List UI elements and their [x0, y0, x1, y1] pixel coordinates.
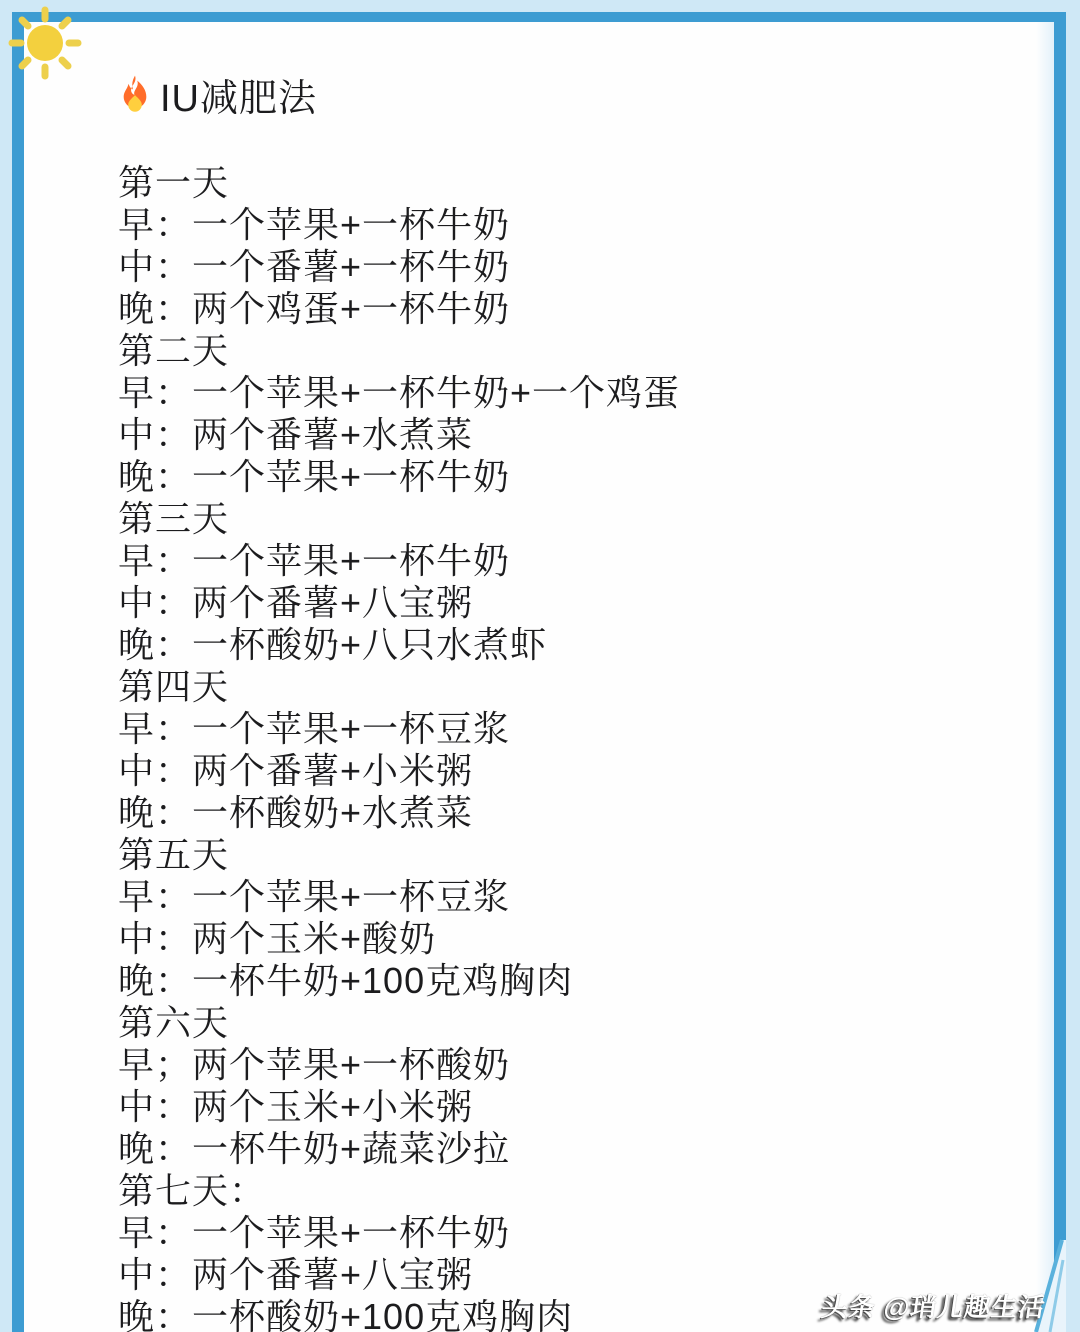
day-block-3: 第三天 早：一个苹果+一杯牛奶 中：两个番薯+八宝粥 晚：一杯酸奶+八只水煮虾 — [118, 498, 1018, 666]
meal-line: 中：一个番薯+一杯牛奶 — [118, 246, 1018, 288]
day-block-4: 第四天 早：一个苹果+一杯豆浆 中：两个番薯+小米粥 晚：一杯酸奶+水煮菜 — [118, 666, 1018, 834]
page-title-row: IU减肥法 — [118, 68, 1018, 120]
meal-plan: 第一天 早：一个苹果+一杯牛奶 中：一个番薯+一杯牛奶 晚：两个鸡蛋+一杯牛奶 … — [118, 162, 1018, 1332]
day-block-1: 第一天 早：一个苹果+一杯牛奶 中：一个番薯+一杯牛奶 晚：两个鸡蛋+一杯牛奶 — [118, 162, 1018, 330]
day-title: 第六天 — [118, 1002, 1018, 1044]
day-title: 第四天 — [118, 666, 1018, 708]
meal-line: 中：两个番薯+水煮菜 — [118, 414, 1018, 456]
page-title: IU减肥法 — [160, 67, 317, 122]
day-title: 第一天 — [118, 162, 1018, 204]
meal-line: 晚：一杯酸奶+水煮菜 — [118, 792, 1018, 834]
day-title: 第七天： — [118, 1170, 1018, 1212]
meal-line: 早；两个苹果+一杯酸奶 — [118, 1044, 1018, 1086]
meal-line: 晚：一杯牛奶+100克鸡胸肉 — [118, 960, 1018, 1002]
meal-line: 中：两个番薯+八宝粥 — [118, 582, 1018, 624]
meal-line: 中：两个玉米+酸奶 — [118, 918, 1018, 960]
day-block-2: 第二天 早：一个苹果+一杯牛奶+一个鸡蛋 中：两个番薯+水煮菜 晚：一个苹果+一… — [118, 330, 1018, 498]
meal-line: 早：一个苹果+一杯牛奶+一个鸡蛋 — [118, 372, 1018, 414]
meal-line: 早：一个苹果+一杯牛奶 — [118, 540, 1018, 582]
day-block-5: 第五天 早：一个苹果+一杯豆浆 中：两个玉米+酸奶 晚：一杯牛奶+100克鸡胸肉 — [118, 834, 1018, 1002]
meal-line: 晚：一杯酸奶+八只水煮虾 — [118, 624, 1018, 666]
meal-line: 早：一个苹果+一杯豆浆 — [118, 708, 1018, 750]
meal-line: 中：两个番薯+小米粥 — [118, 750, 1018, 792]
meal-line: 早：一个苹果+一杯牛奶 — [118, 1212, 1018, 1254]
frame-border-top — [12, 12, 1066, 22]
meal-line: 中：两个玉米+小米粥 — [118, 1086, 1018, 1128]
day-block-6: 第六天 早；两个苹果+一杯酸奶 中：两个玉米+小米粥 晚：一杯牛奶+蔬菜沙拉 — [118, 1002, 1018, 1170]
diet-plan-document: IU减肥法 第一天 早：一个苹果+一杯牛奶 中：一个番薯+一杯牛奶 晚：两个鸡蛋… — [118, 68, 1018, 1332]
meal-line: 早：一个苹果+一杯豆浆 — [118, 876, 1018, 918]
meal-line: 晚：两个鸡蛋+一杯牛奶 — [118, 288, 1018, 330]
meal-line: 晚：一个苹果+一杯牛奶 — [118, 456, 1018, 498]
meal-line: 晚：一杯牛奶+蔬菜沙拉 — [118, 1128, 1018, 1170]
day-title: 第五天 — [118, 834, 1018, 876]
frame-border-left — [12, 12, 24, 1332]
sun-icon — [2, 0, 88, 86]
day-title: 第三天 — [118, 498, 1018, 540]
meal-line: 早：一个苹果+一杯牛奶 — [118, 204, 1018, 246]
day-title: 第二天 — [118, 330, 1018, 372]
frame-border-right — [1054, 12, 1066, 1332]
fire-icon — [118, 73, 152, 115]
watermark-text: 头条 @琑儿趣生活 — [820, 1287, 1049, 1324]
card-right-shade — [1036, 22, 1054, 1332]
